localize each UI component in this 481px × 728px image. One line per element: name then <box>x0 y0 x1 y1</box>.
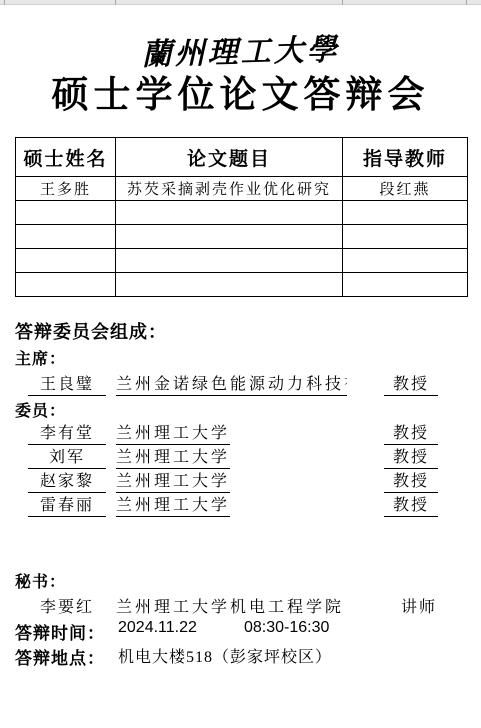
secretary-title: 讲师 <box>392 594 446 618</box>
cell-thesis-title: 苏芡采摘剥壳作业优化研究 <box>116 177 343 201</box>
member-affiliation: 兰州理工大学 <box>116 444 230 469</box>
table-row <box>16 201 468 225</box>
cell-thesis-title <box>116 273 343 297</box>
cell-advisor: 段红燕 <box>343 177 468 201</box>
member-row: 雷春丽 兰州理工大学 教授 <box>0 492 481 516</box>
table-row <box>16 273 468 297</box>
grid-cell-divider <box>342 0 343 5</box>
member-affiliation: 兰州理工大学 <box>116 420 230 445</box>
table-row: 王多胜 苏芡采摘剥壳作业优化研究 段红燕 <box>16 177 468 201</box>
chair-name: 王良璧 <box>28 371 106 396</box>
defense-location-label: 答辩地点： <box>15 644 105 669</box>
cell-thesis-title <box>116 249 343 273</box>
defense-time-range-value: 08:30-16:30 <box>244 619 329 637</box>
member-row: 刘军 兰州理工大学 教授 <box>0 444 481 468</box>
secretary-label: 秘书： <box>15 569 66 592</box>
member-affiliation: 兰州理工大学 <box>116 492 230 517</box>
cell-advisor <box>343 249 468 273</box>
defense-roster-table: 硕士姓名 论文题目 指导教师 王多胜 苏芡采摘剥壳作业优化研究 段红燕 <box>15 137 468 297</box>
page-title: 硕士学位论文答辩会 <box>0 64 481 118</box>
chair-title: 教授 <box>384 371 438 396</box>
defense-time-label: 答辩时间： <box>15 619 105 644</box>
table-row <box>16 249 468 273</box>
header-thesis-title: 论文题目 <box>116 138 343 177</box>
table-row <box>16 225 468 249</box>
header-master-name: 硕士姓名 <box>16 138 116 177</box>
cell-master-name <box>16 201 116 225</box>
chair-affiliation: 兰州金诺绿色能源动力科技有 <box>116 371 347 396</box>
cell-advisor <box>343 225 468 249</box>
defense-time-row: 答辩时间： 2024.11.22 08:30-16:30 <box>0 619 481 644</box>
members-label: 委员： <box>15 398 66 421</box>
member-title: 教授 <box>384 444 438 469</box>
member-row: 赵家黎 兰州理工大学 教授 <box>0 468 481 492</box>
defense-location-value: 机电大楼518（彭家坪校区） <box>118 644 332 667</box>
member-name: 赵家黎 <box>28 468 106 493</box>
chair-row: 王良璧 兰州金诺绿色能源动力科技有 教授 <box>0 371 481 395</box>
member-name: 雷春丽 <box>28 492 106 517</box>
cell-thesis-title <box>116 225 343 249</box>
committee-section-label: 答辩委员会组成： <box>15 318 167 344</box>
defense-date-value: 2024.11.22 <box>118 619 197 637</box>
cell-thesis-title <box>116 201 343 225</box>
member-title: 教授 <box>384 420 438 445</box>
member-title: 教授 <box>384 492 438 517</box>
cell-master-name <box>16 273 116 297</box>
secretary-row: 李要红 兰州理工大学机电工程学院 讲师 <box>0 594 481 618</box>
header-advisor: 指导教师 <box>343 138 468 177</box>
member-title: 教授 <box>384 468 438 493</box>
grid-cell-divider <box>115 0 116 5</box>
grid-cell-divider <box>4 0 5 5</box>
cell-master-name: 王多胜 <box>16 177 116 201</box>
cell-master-name <box>16 249 116 273</box>
cell-advisor <box>343 201 468 225</box>
secretary-affiliation: 兰州理工大学机电工程学院 <box>116 594 344 618</box>
chair-label: 主席： <box>15 346 66 369</box>
cell-master-name <box>16 225 116 249</box>
member-row: 李有堂 兰州理工大学 教授 <box>0 420 481 444</box>
spreadsheet-grid-strip <box>0 0 481 5</box>
table-header-row: 硕士姓名 论文题目 指导教师 <box>16 138 468 177</box>
member-affiliation: 兰州理工大学 <box>116 468 230 493</box>
member-name: 刘军 <box>28 444 106 469</box>
cell-advisor <box>343 273 468 297</box>
grid-cell-divider <box>466 0 467 5</box>
defense-location-row: 答辩地点： 机电大楼518（彭家坪校区） <box>0 644 481 669</box>
secretary-name: 李要红 <box>28 594 106 618</box>
member-name: 李有堂 <box>28 420 106 445</box>
